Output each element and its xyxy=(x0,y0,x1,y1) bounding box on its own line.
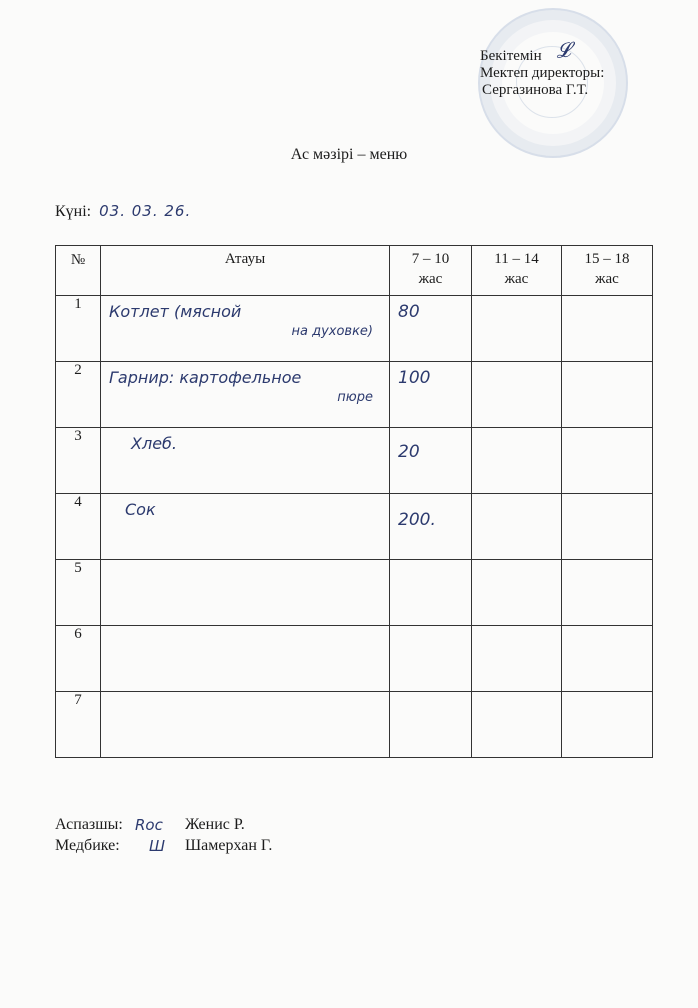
row-age-7-10: 200. xyxy=(390,494,472,560)
header-name: Атауы xyxy=(101,246,390,296)
row-num: 7 xyxy=(56,692,101,758)
approval-block: Бекітемін Мектеп директоры: Сергазинова … xyxy=(480,48,604,99)
header-age-range: 15 – 18 xyxy=(585,251,630,267)
row-name xyxy=(101,560,390,626)
cook-name: Женис Р. xyxy=(185,815,245,835)
qty-value: 100 xyxy=(390,362,471,388)
row-age-11-14 xyxy=(472,626,562,692)
row-name xyxy=(101,692,390,758)
date-row: Күні: 03. 03. 26. xyxy=(55,202,191,221)
approval-heading: Бекітемін xyxy=(480,48,604,65)
row-num: 5 xyxy=(56,560,101,626)
cook-row: Аспазшы: Roc Женис Р. xyxy=(55,814,272,835)
row-age-15-18 xyxy=(562,692,653,758)
row-age-7-10 xyxy=(390,692,472,758)
row-name: Хлеб. xyxy=(101,428,390,494)
nurse-label: Медбике: xyxy=(55,836,135,856)
dish-name: Сок xyxy=(125,500,156,519)
row-age-15-18 xyxy=(562,362,653,428)
row-name: Котлет (мяснойна духовке) xyxy=(101,296,390,362)
row-age-11-14 xyxy=(472,560,562,626)
row-age-7-10 xyxy=(390,560,472,626)
page-title: Ас мәзірі – меню xyxy=(0,146,698,164)
dish-name-cont: пюре xyxy=(109,388,381,408)
nurse-row: Медбике: Ш Шамерхан Г. xyxy=(55,835,272,856)
row-age-11-14 xyxy=(472,428,562,494)
director-signature: 𝓛 xyxy=(555,37,572,62)
dish-name: Хлеб. xyxy=(131,434,177,453)
row-age-11-14 xyxy=(472,296,562,362)
header-age-15-18: 15 – 18жас xyxy=(562,246,653,296)
date-value: 03. 03. 26. xyxy=(99,202,191,220)
header-age-7-10: 7 – 10жас xyxy=(390,246,472,296)
dish-name: Котлет (мясной xyxy=(109,302,241,321)
dish-name-cont: на духовке) xyxy=(109,322,381,342)
header-num: № xyxy=(56,246,101,296)
header-age-unit: жас xyxy=(419,271,443,287)
date-label: Күні: xyxy=(55,203,91,220)
dish-name: Гарнир: картофельное xyxy=(109,368,301,387)
row-age-15-18 xyxy=(562,560,653,626)
row-num: 4 xyxy=(56,494,101,560)
qty-value: 80 xyxy=(390,296,471,322)
approval-director-name: Сергазинова Г.Т. xyxy=(480,82,604,99)
row-age-7-10: 20 xyxy=(390,428,472,494)
header-age-range: 7 – 10 xyxy=(412,251,450,267)
qty-value: 200. xyxy=(390,494,471,530)
cook-signature: Roc xyxy=(135,815,185,835)
row-age-15-18 xyxy=(562,428,653,494)
menu-table: № Атауы 7 – 10жас 11 – 14жас 15 – 18жас … xyxy=(55,245,653,758)
row-num: 6 xyxy=(56,626,101,692)
header-age-range: 11 – 14 xyxy=(494,251,538,267)
signatures-block: Аспазшы: Roc Женис Р. Медбике: Ш Шамерха… xyxy=(55,814,272,856)
row-num: 1 xyxy=(56,296,101,362)
nurse-name: Шамерхан Г. xyxy=(185,836,272,856)
table-row: 6 xyxy=(56,626,653,692)
row-name xyxy=(101,626,390,692)
table-row: 4 Сок 200. xyxy=(56,494,653,560)
row-age-7-10: 80 xyxy=(390,296,472,362)
row-age-15-18 xyxy=(562,626,653,692)
row-name: Гарнир: картофельноепюре xyxy=(101,362,390,428)
qty-value: 20 xyxy=(390,428,471,462)
row-age-11-14 xyxy=(472,692,562,758)
row-num: 2 xyxy=(56,362,101,428)
row-num: 3 xyxy=(56,428,101,494)
row-age-15-18 xyxy=(562,296,653,362)
table-row: 2 Гарнир: картофельноепюре 100 xyxy=(56,362,653,428)
row-age-7-10: 100 xyxy=(390,362,472,428)
table-row: 7 xyxy=(56,692,653,758)
approval-position: Мектеп директоры: xyxy=(480,65,604,82)
header-age-unit: жас xyxy=(595,271,619,287)
nurse-signature: Ш xyxy=(135,836,185,856)
table-row: 3 Хлеб. 20 xyxy=(56,428,653,494)
header-age-unit: жас xyxy=(505,271,529,287)
row-age-11-14 xyxy=(472,362,562,428)
row-age-15-18 xyxy=(562,494,653,560)
table-row: 5 xyxy=(56,560,653,626)
header-age-11-14: 11 – 14жас xyxy=(472,246,562,296)
cook-label: Аспазшы: xyxy=(55,815,135,835)
table-header-row: № Атауы 7 – 10жас 11 – 14жас 15 – 18жас xyxy=(56,246,653,296)
row-age-11-14 xyxy=(472,494,562,560)
row-name: Сок xyxy=(101,494,390,560)
table-row: 1 Котлет (мяснойна духовке) 80 xyxy=(56,296,653,362)
row-age-7-10 xyxy=(390,626,472,692)
